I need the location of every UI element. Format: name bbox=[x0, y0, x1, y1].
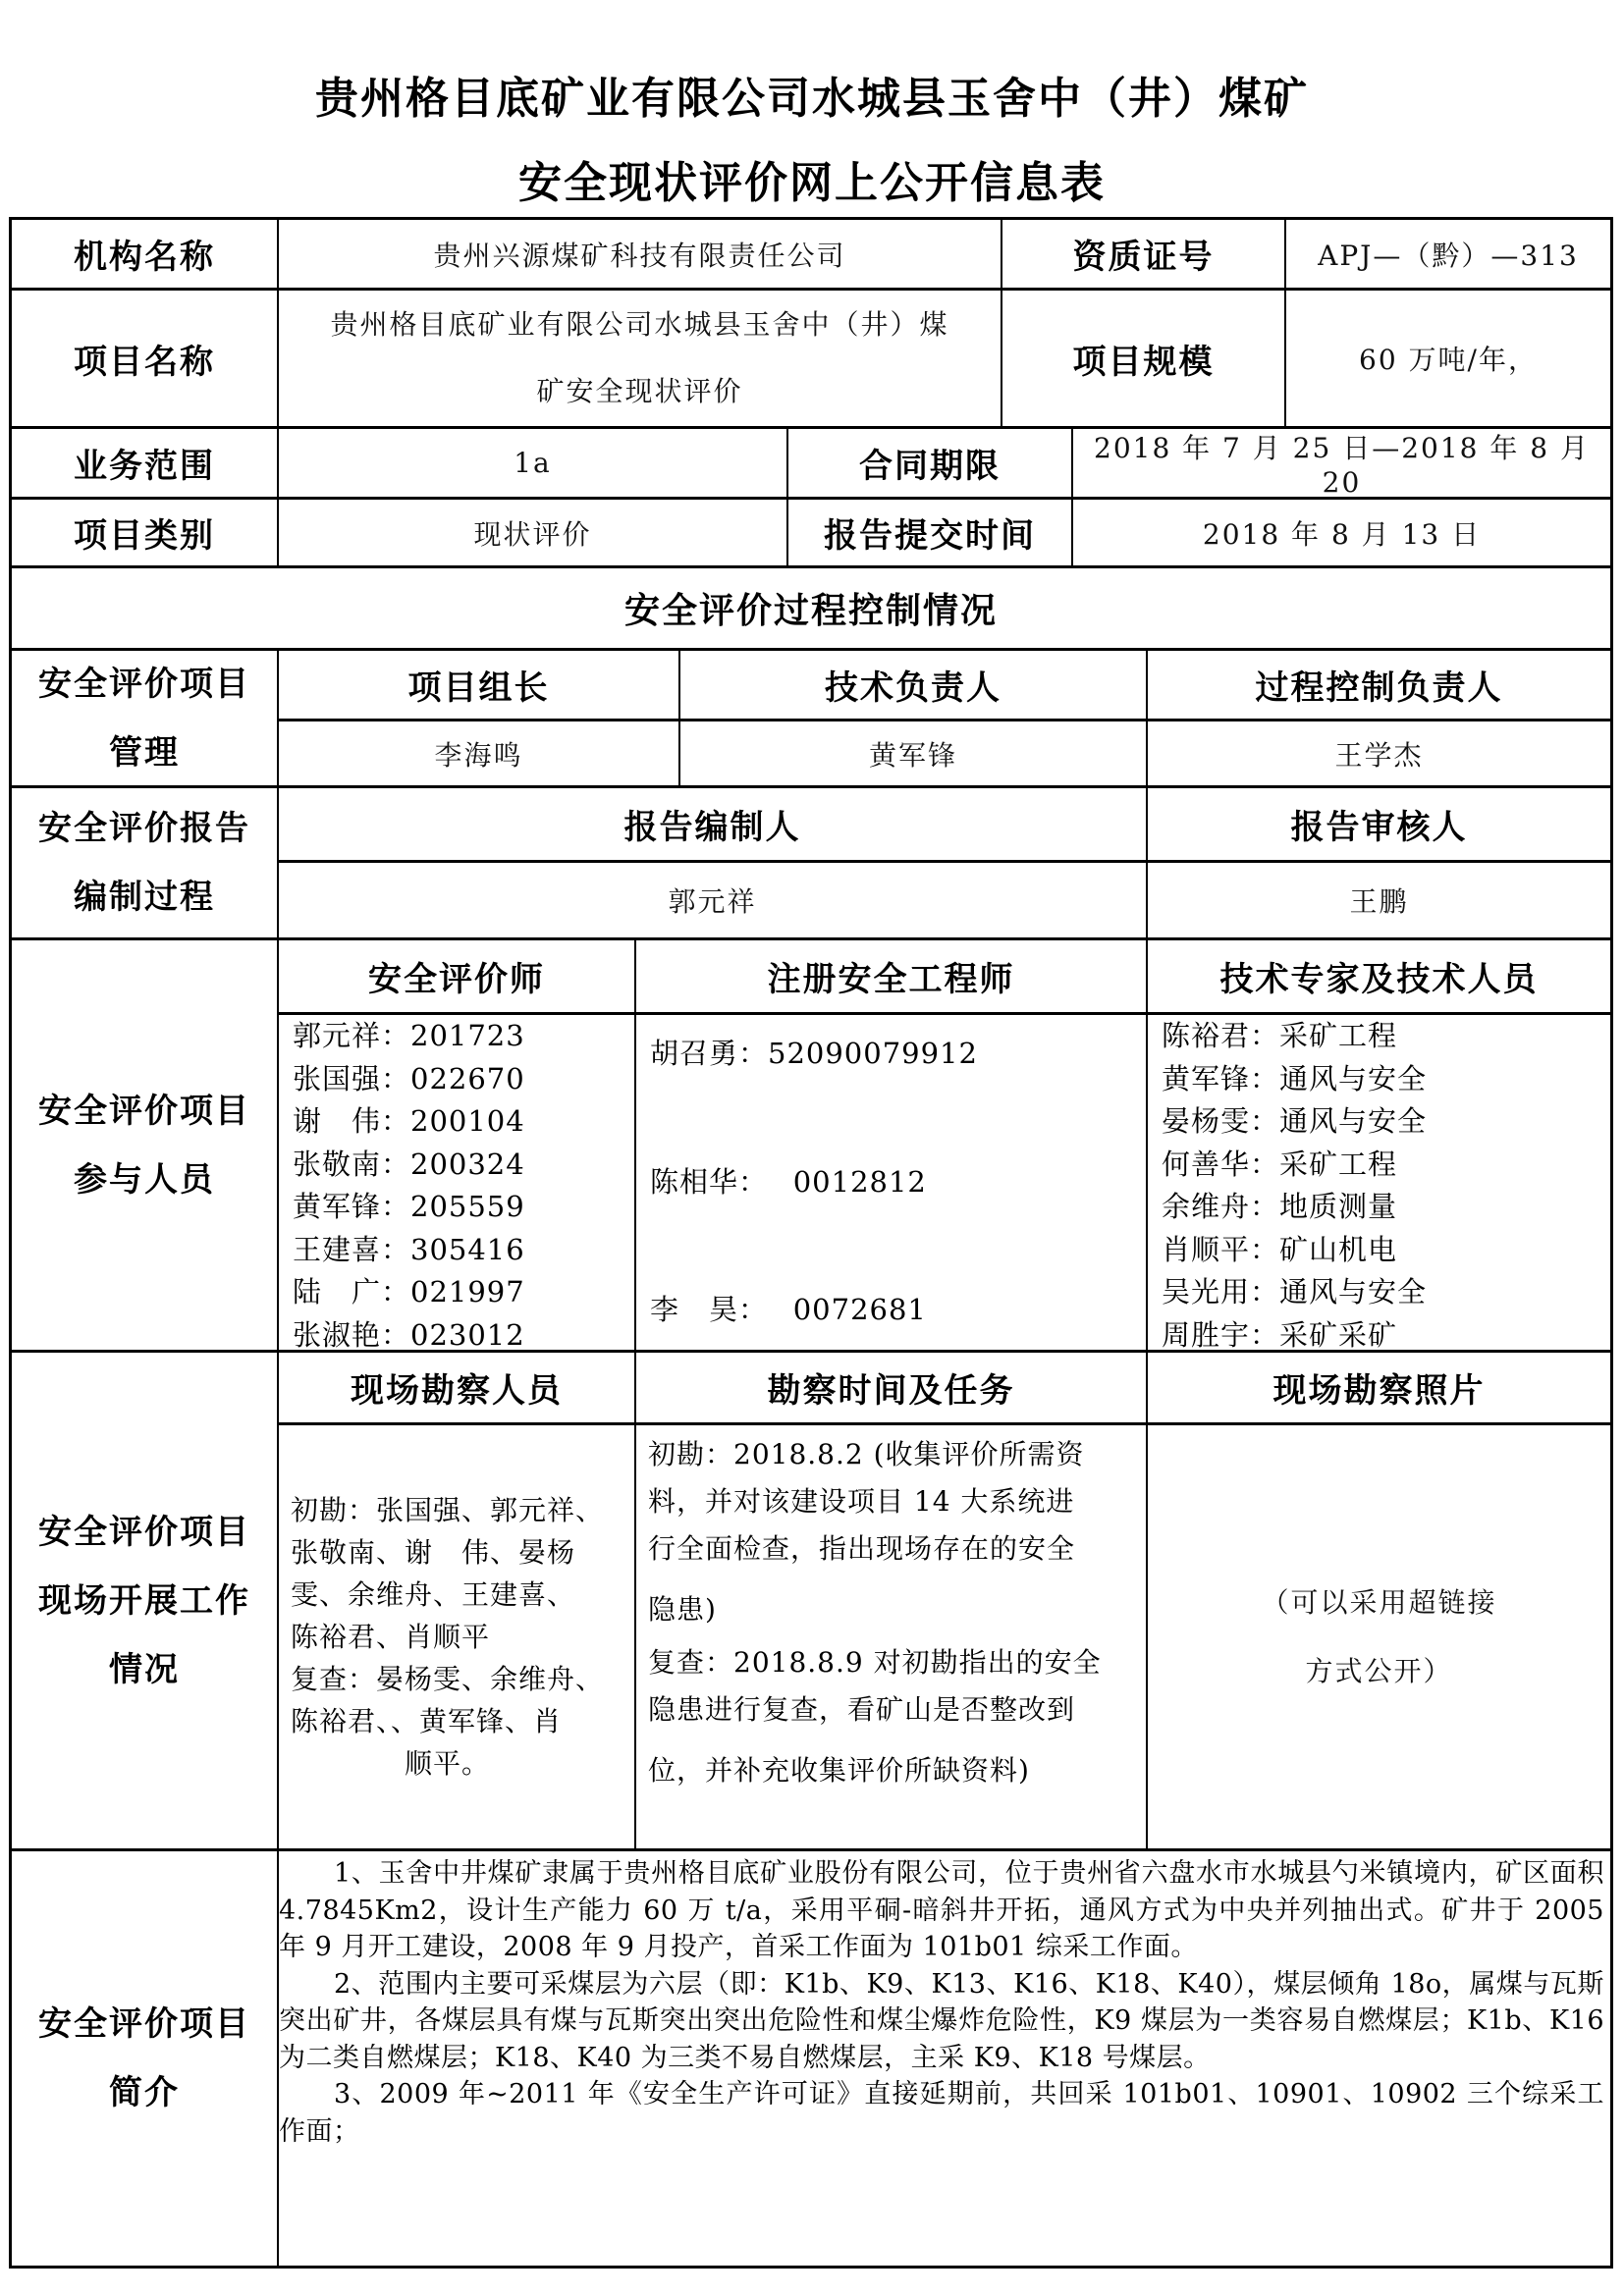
category-value: 现状评价 bbox=[279, 500, 788, 565]
expert-item: 肖顺平：矿山机电 bbox=[1162, 1229, 1427, 1272]
expert-item: 晏杨雯：通风与安全 bbox=[1162, 1100, 1427, 1144]
participants-label-line1: 安全评价项目 bbox=[38, 1077, 250, 1146]
intro-text: 1、玉舍中井煤矿隶属于贵州格目底矿业股份有限公司，位于贵州省六盘水市水城县勺米镇… bbox=[279, 1855, 1604, 2150]
evaluator-item: 张敬南：200324 bbox=[293, 1144, 525, 1187]
site-task-line: 隐患进行复查，看矿山是否整改到 bbox=[648, 1686, 1102, 1734]
site-tasks-list: 初勘：2018.8.2 (收集评价所需资 料，并对该建设项目 14 大系统进 行… bbox=[636, 1425, 1148, 1848]
expert-item: 吴光用：通风与安全 bbox=[1162, 1271, 1427, 1314]
site-photos-note[interactable]: （可以采用超链接 方式公开） bbox=[1148, 1425, 1610, 1848]
expert-item: 何善华：采矿工程 bbox=[1162, 1144, 1427, 1187]
expert-item: 黄军锋：通风与安全 bbox=[1162, 1058, 1427, 1101]
report-reviewer-value: 王鹏 bbox=[1148, 863, 1610, 937]
site-task-line: 初勘：2018.8.2 (收集评价所需资 bbox=[648, 1431, 1102, 1478]
row-scope: 业务范围 1a 合同期限 2018 年 7 月 25 日—2018 年 8 月 … bbox=[12, 429, 1610, 500]
engineers-list: 胡召勇：52090079912 陈相华： 0012812 李 昊： 007268… bbox=[636, 1015, 1148, 1350]
row-report: 安全评价报告 编制过程 报告编制人 报告审核人 郭元祥 王鹏 bbox=[12, 788, 1610, 940]
evaluator-item: 陆 广：021997 bbox=[293, 1271, 525, 1314]
site-photos-note-line2: 方式公开） bbox=[1305, 1637, 1452, 1706]
row-project: 项目名称 贵州格目底矿业有限公司水城县玉舍中（井）煤 矿安全现状评价 项目规模 … bbox=[12, 291, 1610, 429]
tech-lead-header: 技术负责人 bbox=[680, 651, 1148, 721]
scale-label: 项目规模 bbox=[1002, 291, 1286, 426]
participants-label-line2: 参与人员 bbox=[74, 1146, 215, 1214]
intro-paragraph-2: 2、范围内主要可采煤层为六层（即：K1b、K9、K13、K16、K18、K40）… bbox=[279, 1966, 1604, 2077]
process-control-lead-header: 过程控制负责人 bbox=[1148, 651, 1610, 721]
experts-list: 陈裕君：采矿工程 黄军锋：通风与安全 晏杨雯：通风与安全 何善华：采矿工程 余维… bbox=[1148, 1015, 1610, 1350]
category-label: 项目类别 bbox=[12, 500, 279, 565]
document-title-line2: 安全现状评价网上公开信息表 bbox=[0, 147, 1624, 210]
experts-header: 技术专家及技术人员 bbox=[1148, 940, 1610, 1015]
evaluator-item: 张国强：022670 bbox=[293, 1058, 525, 1101]
row-site-work: 安全评价项目 现场开展工作 情况 现场勘察人员 勘察时间及任务 现场勘察照片 初… bbox=[12, 1353, 1610, 1851]
submit-label: 报告提交时间 bbox=[788, 500, 1073, 565]
process-section-title: 安全评价过程控制情况 bbox=[12, 568, 1610, 648]
org-value: 贵州兴源煤矿科技有限责任公司 bbox=[279, 220, 1002, 288]
site-photos-note-line1: （可以采用超链接 bbox=[1261, 1569, 1496, 1637]
expert-item: 周胜宇：采矿采矿 bbox=[1162, 1314, 1427, 1358]
evaluator-item: 张淑艳：023012 bbox=[293, 1314, 525, 1358]
site-personnel-line: 雯、余维舟、王建喜、 bbox=[291, 1574, 604, 1616]
site-personnel-line: 张敬南、谢 伟、晏杨 bbox=[291, 1531, 604, 1574]
site-tasks-header: 勘察时间及任务 bbox=[636, 1353, 1148, 1425]
scope-value: 1a bbox=[279, 429, 788, 497]
management-label: 安全评价项目 管理 bbox=[12, 651, 279, 785]
evaluator-item: 王建喜：305416 bbox=[293, 1229, 525, 1272]
intro-paragraph-3: 3、2009 年~2011 年《安全生产许可证》直接延期前，共回采 101b01… bbox=[279, 2076, 1604, 2150]
site-work-label: 安全评价项目 现场开展工作 情况 bbox=[12, 1353, 279, 1848]
report-label-line1: 安全评价报告 bbox=[38, 794, 250, 863]
row-category: 项目类别 现状评价 报告提交时间 2018 年 8 月 13 日 bbox=[12, 500, 1610, 568]
site-task-line: 料，并对该建设项目 14 大系统进 bbox=[648, 1478, 1102, 1525]
info-table: 机构名称 贵州兴源煤矿科技有限责任公司 资质证号 APJ—（黔）—313 项目名… bbox=[9, 217, 1613, 2269]
project-value-line1: 贵州格目底矿业有限公司水城县玉舍中（井）煤 bbox=[330, 292, 948, 358]
project-value-line2: 矿安全现状评价 bbox=[536, 358, 742, 425]
expert-item: 陈裕君：采矿工程 bbox=[1162, 1015, 1427, 1058]
submit-value: 2018 年 8 月 13 日 bbox=[1073, 500, 1610, 565]
document-title-line1: 贵州格目底矿业有限公司水城县玉舍中（井）煤矿 bbox=[0, 63, 1624, 126]
site-task-line: 行全面检查，指出现场存在的安全 bbox=[648, 1525, 1102, 1573]
row-process-section: 安全评价过程控制情况 bbox=[12, 568, 1610, 651]
site-personnel-header: 现场勘察人员 bbox=[279, 1353, 636, 1425]
project-label: 项目名称 bbox=[12, 291, 279, 426]
report-reviewer-header: 报告审核人 bbox=[1148, 788, 1610, 863]
contract-label: 合同期限 bbox=[788, 429, 1073, 497]
site-task-line: 复查：2018.8.9 对初勘指出的安全 bbox=[648, 1639, 1102, 1686]
site-task-line: 位，并补充收集评价所缺资料) bbox=[648, 1747, 1102, 1794]
team-leader-value: 李海鸣 bbox=[279, 721, 680, 785]
engineer-item: 李 昊： 0072681 bbox=[650, 1289, 978, 1332]
evaluator-item: 郭元祥：201723 bbox=[293, 1015, 525, 1058]
row-management: 安全评价项目 管理 项目组长 技术负责人 过程控制负责人 李海鸣 黄军锋 王学杰 bbox=[12, 651, 1610, 788]
evaluators-list: 郭元祥：201723 张国强：022670 谢 伟：200104 张敬南：200… bbox=[279, 1015, 636, 1350]
evaluator-item: 黄军锋：205559 bbox=[293, 1186, 525, 1229]
report-author-header: 报告编制人 bbox=[279, 788, 1148, 863]
site-task-line: 隐患) bbox=[648, 1586, 1102, 1633]
site-work-label-line3: 情况 bbox=[109, 1635, 180, 1704]
team-leader-header: 项目组长 bbox=[279, 651, 680, 721]
site-work-label-line1: 安全评价项目 bbox=[38, 1498, 250, 1567]
site-personnel-line: 陈裕君、肖顺平 bbox=[291, 1616, 604, 1658]
scale-value: 60 万吨/年， bbox=[1286, 291, 1610, 426]
management-label-line1: 安全评价项目 bbox=[38, 650, 250, 719]
site-personnel-line: 顺平。 bbox=[291, 1742, 604, 1785]
process-control-lead-value: 王学杰 bbox=[1148, 721, 1610, 785]
site-personnel-line: 复查：晏杨雯、余维舟、 bbox=[291, 1658, 604, 1700]
intro-paragraph-1: 1、玉舍中井煤矿隶属于贵州格目底矿业股份有限公司，位于贵州省六盘水市水城县勺米镇… bbox=[279, 1855, 1604, 1966]
intro-label-line2: 简介 bbox=[109, 2058, 180, 2127]
site-photos-header: 现场勘察照片 bbox=[1148, 1353, 1610, 1425]
engineer-item: 胡召勇：52090079912 bbox=[650, 1033, 978, 1076]
management-label-line2: 管理 bbox=[109, 719, 180, 787]
participants-label: 安全评价项目 参与人员 bbox=[12, 940, 279, 1350]
row-participants: 安全评价项目 参与人员 安全评价师 注册安全工程师 技术专家及技术人员 郭元祥：… bbox=[12, 940, 1610, 1353]
intro-label-line1: 安全评价项目 bbox=[38, 1990, 250, 2058]
report-label-line2: 编制过程 bbox=[74, 863, 215, 932]
report-author-value: 郭元祥 bbox=[279, 863, 1148, 937]
expert-item: 余维舟：地质测量 bbox=[1162, 1186, 1427, 1229]
contract-value: 2018 年 7 月 25 日—2018 年 8 月 20 bbox=[1073, 429, 1610, 497]
engineer-item: 陈相华： 0012812 bbox=[650, 1161, 978, 1204]
org-label: 机构名称 bbox=[12, 220, 279, 288]
site-personnel-line: 陈裕君、、黄军锋、肖 bbox=[291, 1700, 604, 1742]
project-value: 贵州格目底矿业有限公司水城县玉舍中（井）煤 矿安全现状评价 bbox=[279, 291, 1002, 426]
tech-lead-value: 黄军锋 bbox=[680, 721, 1148, 785]
site-work-label-line2: 现场开展工作 bbox=[38, 1567, 250, 1635]
site-personnel-list: 初勘：张国强、郭元祥、 张敬南、谢 伟、晏杨 雯、余维舟、王建喜、 陈裕君、肖顺… bbox=[279, 1425, 636, 1848]
row-intro: 安全评价项目 简介 1、玉舍中井煤矿隶属于贵州格目底矿业股份有限公司，位于贵州省… bbox=[12, 1851, 1610, 2266]
intro-label: 安全评价项目 简介 bbox=[12, 1851, 279, 2266]
evaluator-item: 谢 伟：200104 bbox=[293, 1100, 525, 1144]
scope-label: 业务范围 bbox=[12, 429, 279, 497]
cert-label: 资质证号 bbox=[1002, 220, 1286, 288]
cert-value: APJ—（黔）—313 bbox=[1286, 220, 1610, 288]
site-personnel-line: 初勘：张国强、郭元祥、 bbox=[291, 1489, 604, 1531]
row-organization: 机构名称 贵州兴源煤矿科技有限责任公司 资质证号 APJ—（黔）—313 bbox=[12, 220, 1610, 291]
report-label: 安全评价报告 编制过程 bbox=[12, 788, 279, 937]
evaluators-header: 安全评价师 bbox=[279, 940, 636, 1015]
